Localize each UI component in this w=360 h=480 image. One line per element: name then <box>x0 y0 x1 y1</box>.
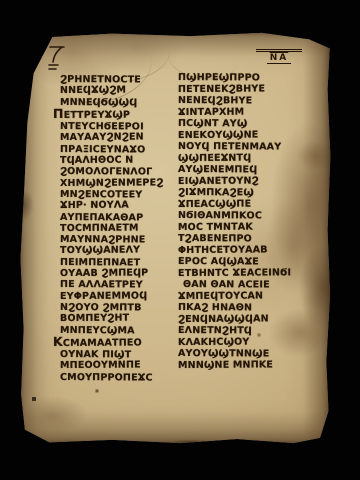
text-line: ΕΥΦΡΑΝΕΜΜΟϤ <box>60 290 164 302</box>
text-line: ΤϤΑΛΗΘΟC Ν <box>60 154 164 166</box>
text-line: ΚΛΑΚΗCϢΟΥ <box>178 336 291 348</box>
text-line: ΠΕ ΑΛΛΑΕΤΡΕΥ <box>60 279 163 291</box>
text-line: ΜΟC ΤΜΝΤΑΚ <box>178 221 291 233</box>
text-line: ΠϢΗΡΕϢΠΡΡΟ <box>178 72 291 84</box>
text-line: ΕΤΒΗΝΤC ϪΕΑCΕΙΝϬΙ <box>178 267 291 279</box>
text-line: ΜΠΕΟΟΥΜΝΠΕ <box>60 360 164 372</box>
text-line: ΟΥΑΑΒ ϨΜΠΕϤΡ <box>60 267 164 279</box>
text-line: ϪΠΕΑCϢϢΠΕ <box>178 198 291 210</box>
text-line: ΒΟΜΠΕΥϨΗΤ <box>60 313 164 325</box>
text-line: ΕΝΕΚΟΥϢϢΝΕ <box>178 129 291 141</box>
folio-number: ΝΑ <box>256 49 302 64</box>
text-line: ΑΥϢΕΝΕΜΠΕϤ <box>178 164 291 176</box>
photo-background: ΝΑ ϨΡΗΝΕΤΝΟCΤΕΝΝΕϤϪϢϨΜΜΝΝΕϤϬϢϢϤΠΕΤΤΡΕΥϪϢ… <box>0 0 360 480</box>
text-line: ΝΟΥϤ ΠΕΤΕΝΜΑΑΥ <box>178 141 291 153</box>
text-line: ΝϬΙΘΑΝΜΠΚΟC <box>178 210 291 222</box>
text-line: ΕΛΝΕΤΝϨΗΤϤ <box>178 325 291 337</box>
text-line: ϪΙΝΤΑΡΧΗΜ <box>178 106 291 118</box>
text-line: ΤϨΑΒΕΝΕΠΡΟ <box>178 233 291 245</box>
text-line: ϪΜΠΕϤΤΟΥCΑΝ <box>178 290 291 302</box>
text-line: ΕΙϢΑΝΕΤΟΥΝϨ <box>178 175 291 187</box>
text-line: ϨΟΜΟΛΟΓΕΝΛΟΓ <box>60 166 163 178</box>
text-line: ϢϢΠΕΕϪΝΤϤ <box>178 152 291 164</box>
text-line: ΠΚΑϨ ΗΝΑΘΝ <box>178 302 291 314</box>
text-line: CΜΟΥΠΡΡΟΠΕϪC <box>60 372 163 384</box>
text-line: ϪΗΡ· ΝΟΥΛΑ <box>60 200 164 212</box>
text-line: ΤΟΥϢϢΑΝΕΛΥ <box>60 245 164 257</box>
ink-specks <box>18 32 20 34</box>
text-line: ΕΡΟC ΑϤϢΑϪΕ <box>178 256 291 268</box>
text-line: ΠCϢΝΤ ΑΥϢ <box>178 118 291 130</box>
quire-mark-icon <box>46 44 68 74</box>
text-line: ΑΥΟΥϢϢΤΝΝϢΕ <box>178 348 291 360</box>
text-column-right: ΠϢΗΡΕϢΠΡΡΟΠΕΤΕΝΕΚϨΒΗΥΕΝΕΝΕϤϨΒΗΥΕϪΙΝΤΑΡΧΗ… <box>178 72 291 371</box>
text-line: ΘΑΝ ΘΑΝ ΑCΕΙΕ <box>183 279 291 291</box>
text-line: ΠΕΤΕΝΕΚϨΒΗΥΕ <box>178 83 291 95</box>
text-line: ΝΕΝΕϤϨΒΗΥΕ <box>178 95 291 107</box>
manuscript-page: ΝΑ ϨΡΗΝΕΤΝΟCΤΕΝΝΕϤϪϢϨΜΜΝΝΕϤϬϢϢϤΠΕΤΤΡΕΥϪϢ… <box>18 32 331 444</box>
text-line: ΝΝΕϤϪϢϨΜ <box>60 85 164 97</box>
folio-number-text: ΝΑ <box>267 53 292 64</box>
text-line: ΦΗΤΗCΕΤΟΥΑΑΒ <box>178 244 291 256</box>
text-line: ΜΑΥΑΑΥϨΝϨΕΝ <box>60 132 164 144</box>
text-line: ϨΙϪΜΠΚΑϨΕϢ <box>178 187 291 199</box>
text-line: ΚCΜΑΜΑΑΤΠΕΟ <box>53 335 164 349</box>
text-line: ΜΝΝϢΝΕ ΜΝΠΚΕ <box>178 359 291 371</box>
text-line: ΤΟCΜΠΝΑΕΤΜ <box>60 222 164 234</box>
text-line: ΠΕΤΤΡΕΥϪϢΡ <box>53 107 164 121</box>
text-line: ϨΕΝϤΝΑϢϢϤΑΝ <box>178 313 291 325</box>
text-line: ΧΗΜϢΝϨΕΝΜΕΡΕϨ <box>60 177 164 189</box>
text-column-left: ϨΡΗΝΕΤΝΟCΤΕΝΝΕϤϪϢϨΜΜΝΝΕϤϬϢϢϤΠΕΤΤΡΕΥϪϢΡΝΤ… <box>60 74 163 383</box>
